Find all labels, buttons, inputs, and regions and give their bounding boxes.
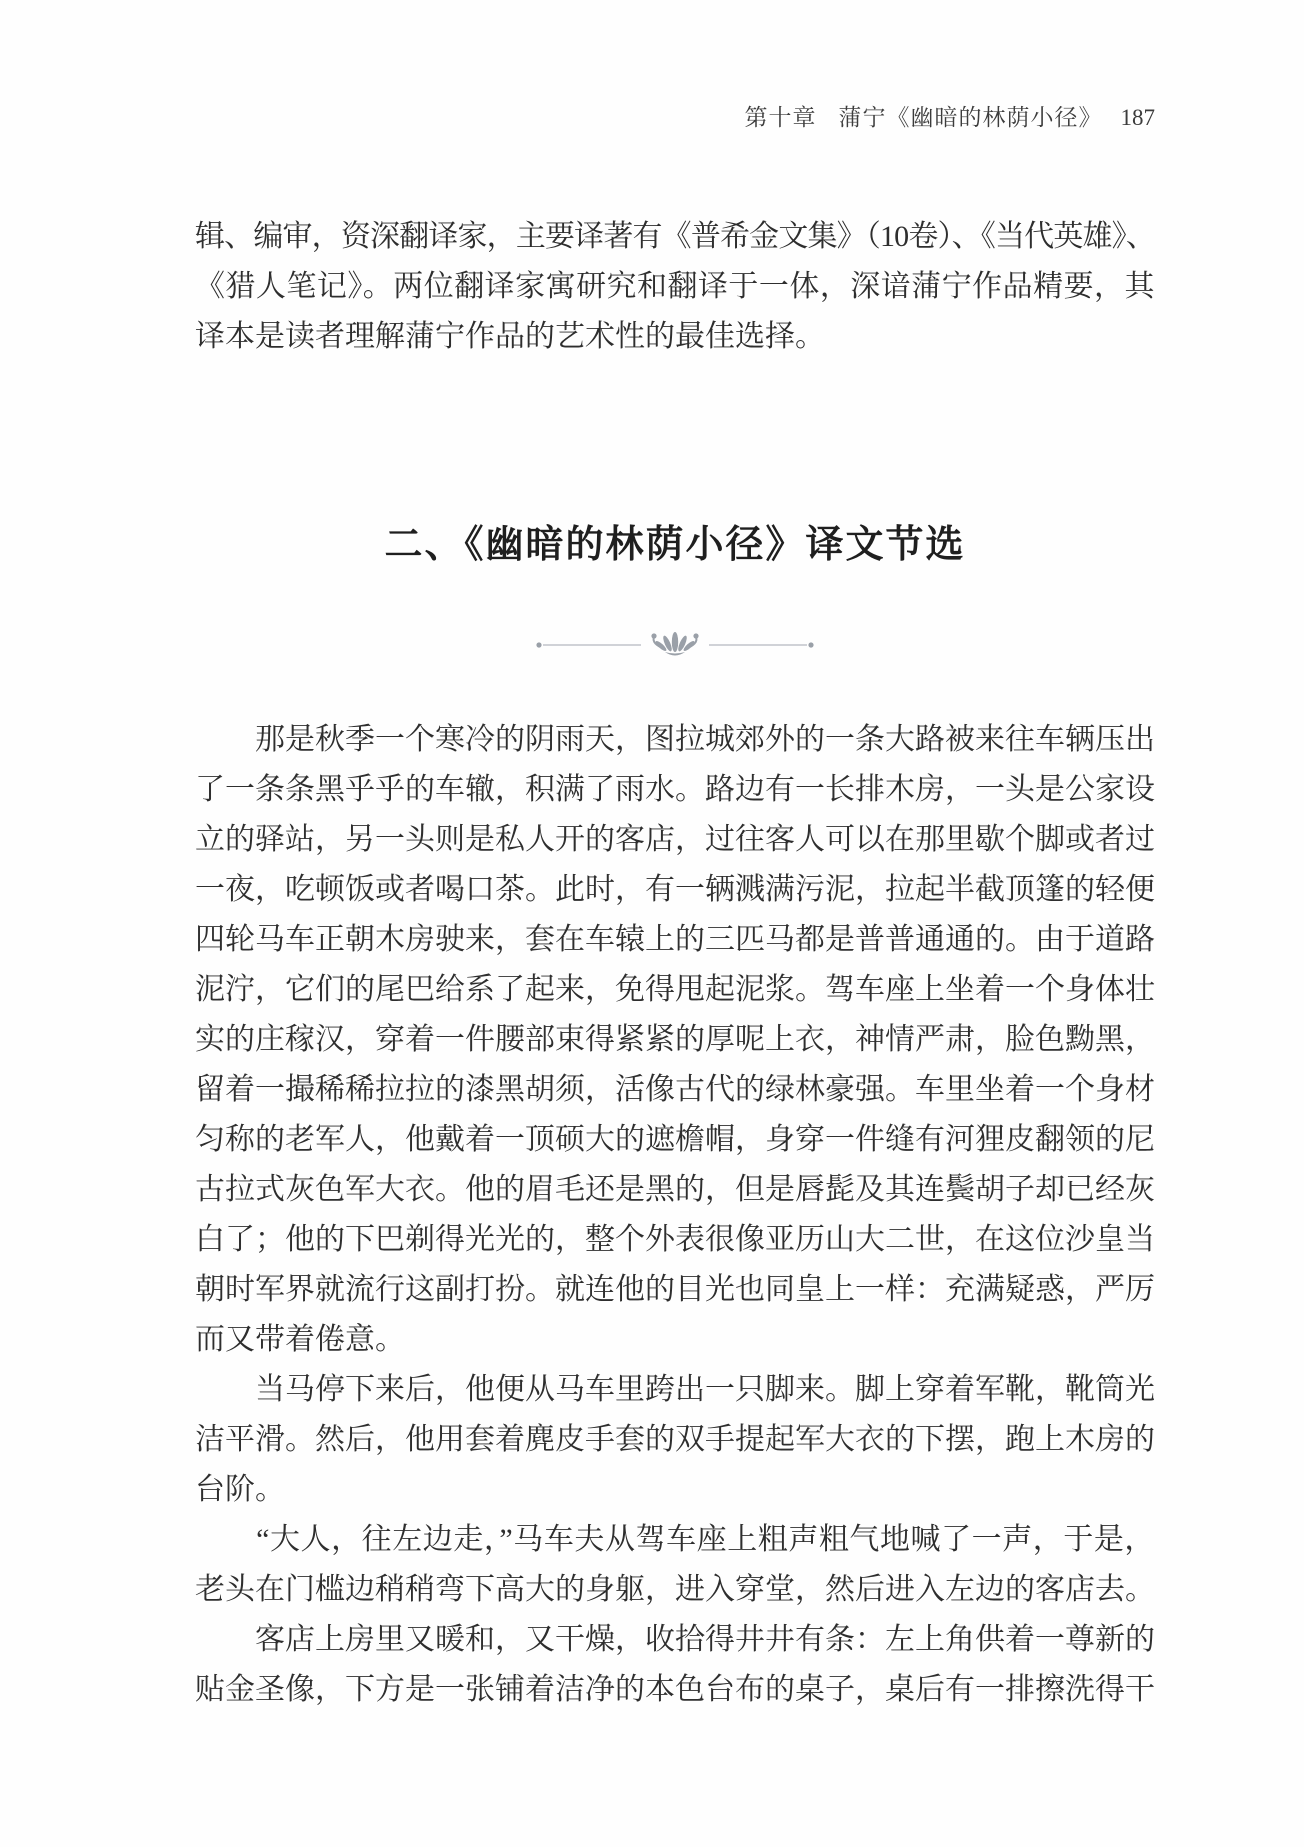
- text-line: 了一条条黑乎乎的车辙，积满了雨水。路边有一长排木房，一头是公家设: [195, 765, 1155, 815]
- text-line: 古拉式灰色军大衣。他的眉毛还是黑的，但是唇髭及其连鬓胡子却已经灰: [195, 1165, 1155, 1215]
- text-line: 泥泞，它们的尾巴给系了起来，免得甩起泥浆。驾车座上坐着一个身体壮: [195, 965, 1155, 1015]
- text-line: 实的庄稼汉，穿着一件腰部束得紧紧的厚呢上衣，神情严肃，脸色黝黑，: [195, 1015, 1155, 1065]
- text-line: 台阶。: [195, 1465, 1155, 1515]
- text-line: 译本是读者理解蒲宁作品的艺术性的最佳选择。: [195, 312, 1155, 362]
- section-divider: [195, 624, 1155, 664]
- excerpt-paragraph: 客店上房里又暖和，又干燥，收拾得井井有条：左上角供着一尊新的贴金圣像，下方是一张…: [195, 1615, 1155, 1715]
- text-line: 立的驿站，另一头则是私人开的客店，过往客人可以在那里歇个脚或者过: [195, 815, 1155, 865]
- text-line: 匀称的老军人，他戴着一顶硕大的遮檐帽，身穿一件缝有河狸皮翻领的尼: [195, 1115, 1155, 1165]
- text-line: 辑、编审，资深翻译家，主要译著有《普希金文集》（10卷）、《当代英雄》、: [195, 212, 1155, 262]
- text-line: 朝时军界就流行这副打扮。就连他的目光也同皇上一样：充满疑惑，严厉: [195, 1265, 1155, 1315]
- intro-paragraph: 辑、编审，资深翻译家，主要译著有《普希金文集》（10卷）、《当代英雄》、《猎人笔…: [195, 212, 1155, 362]
- text-line: 那是秋季一个寒冷的阴雨天，图拉城郊外的一条大路被来往车辆压出: [195, 715, 1155, 765]
- text-line: 客店上房里又暖和，又干燥，收拾得井井有条：左上角供着一尊新的: [195, 1615, 1155, 1665]
- text-line: 老头在门槛边稍稍弯下高大的身躯，进入穿堂，然后进入左边的客店去。: [195, 1565, 1155, 1615]
- palmette-leaf-divider-icon: [535, 624, 815, 664]
- text-line: 一夜，吃顿饭或者喝口茶。此时，有一辆溅满污泥，拉起半截顶篷的轻便: [195, 865, 1155, 915]
- excerpt-paragraph: “大人，往左边走，”马车夫从驾车座上粗声粗气地喊了一声，于是，老头在门槛边稍稍弯…: [195, 1515, 1155, 1615]
- running-header: 第十章蒲宁《幽暗的林荫小径》187: [195, 101, 1155, 135]
- text-line: 白了；他的下巴剃得光光的，整个外表很像亚历山大二世，在这位沙皇当: [195, 1215, 1155, 1265]
- section-heading: 二、《幽暗的林荫小径》译文节选: [195, 521, 1155, 569]
- page-number: 187: [1121, 105, 1156, 130]
- text-line: 当马停下来后，他便从马车里跨出一只脚来。脚上穿着军靴，靴筒光: [195, 1365, 1155, 1415]
- text-line: 《猎人笔记》。两位翻译家寓研究和翻译于一体，深谙蒲宁作品精要，其: [195, 262, 1155, 312]
- text-line: 洁平滑。然后，他用套着麂皮手套的双手提起军大衣的下摆，跑上木房的: [195, 1415, 1155, 1465]
- book-page: 第十章蒲宁《幽暗的林荫小径》187 辑、编审，资深翻译家，主要译著有《普希金文集…: [0, 0, 1304, 1847]
- excerpt-paragraph: 当马停下来后，他便从马车里跨出一只脚来。脚上穿着军靴，靴筒光洁平滑。然后，他用套…: [195, 1365, 1155, 1515]
- text-line: 而又带着倦意。: [195, 1315, 1155, 1365]
- excerpt-body: 那是秋季一个寒冷的阴雨天，图拉城郊外的一条大路被来往车辆压出了一条条黑乎乎的车辙…: [195, 715, 1155, 1715]
- book-title: 蒲宁《幽暗的林荫小径》: [839, 105, 1103, 130]
- text-line: 留着一撮稀稀拉拉的漆黑胡须，活像古代的绿林豪强。车里坐着一个身材: [195, 1065, 1155, 1115]
- chapter-label: 第十章: [745, 105, 817, 130]
- text-line: 四轮马车正朝木房驶来，套在车辕上的三匹马都是普普通通的。由于道路: [195, 915, 1155, 965]
- text-line: “大人，往左边走，”马车夫从驾车座上粗声粗气地喊了一声，于是，: [195, 1515, 1155, 1565]
- excerpt-paragraph: 那是秋季一个寒冷的阴雨天，图拉城郊外的一条大路被来往车辆压出了一条条黑乎乎的车辙…: [195, 715, 1155, 1365]
- text-line: 贴金圣像，下方是一张铺着洁净的本色台布的桌子，桌后有一排擦洗得干: [195, 1665, 1155, 1715]
